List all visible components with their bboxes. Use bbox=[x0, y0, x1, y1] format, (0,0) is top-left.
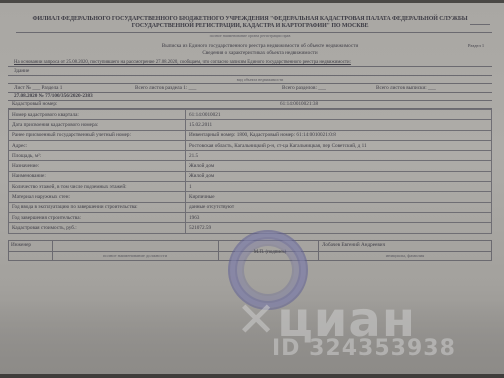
row-label: Материал наружных стен: bbox=[9, 192, 186, 202]
row-label: Номер кадастрового квартала: bbox=[9, 110, 186, 120]
row-label: Дата присвоения кадастрового номера: bbox=[9, 120, 186, 130]
divider bbox=[8, 83, 492, 84]
cadastral-number-value: 61:14:0010021:38 bbox=[280, 101, 318, 107]
table-row: Год ввода в эксплуатацию по завершении с… bbox=[9, 202, 492, 212]
row-value: Инвентарный номер: 1800, Кадастровый ном… bbox=[186, 130, 492, 140]
photo-bottom-edge bbox=[0, 374, 504, 378]
row-value: Жилой дом bbox=[186, 171, 492, 181]
cadastral-number-label: Кадастровый номер: bbox=[12, 101, 57, 107]
table-row: Наименование:Жилой дом bbox=[9, 171, 492, 181]
extract-subtitle: Сведения о характеристиках объекта недви… bbox=[150, 50, 370, 56]
table-row: Номер кадастрового квартала:61:14:001002… bbox=[9, 110, 492, 120]
row-label: Год ввода в эксплуатацию по завершении с… bbox=[9, 202, 186, 212]
signature-border bbox=[8, 240, 9, 260]
signature-border bbox=[52, 240, 53, 260]
row-value: Ростовская область, Кагальницкий р-н, ст… bbox=[186, 140, 492, 150]
row-label: Наименование: bbox=[9, 171, 186, 181]
position-caption: полное наименование должности bbox=[60, 253, 210, 258]
row-label: Год завершения строительства: bbox=[9, 212, 186, 222]
signature-border bbox=[218, 240, 219, 260]
org-name-line2: ГОСУДАРСТВЕННОЙ РЕГИСТРАЦИИ, КАДАСТРА И … bbox=[20, 23, 480, 29]
row-value: 61:14:0010021 bbox=[186, 110, 492, 120]
characteristics-table: Номер кадастрового квартала:61:14:001002… bbox=[8, 109, 492, 234]
position-value: Инженер bbox=[11, 242, 31, 248]
row-label: Площадь, м²: bbox=[9, 151, 186, 161]
total-sections: Всего разделов: ___ bbox=[282, 85, 326, 91]
table-row: Площадь, м²:21.5 bbox=[9, 151, 492, 161]
total-sheets-section: Всего листов раздела 1: ___ bbox=[135, 85, 196, 91]
table-row: Дата присвоения кадастрового номера:15.0… bbox=[9, 120, 492, 130]
date-and-number: 27.08.2020 № 77/100/356/2020-2383 bbox=[14, 93, 93, 99]
row-value: 1 bbox=[186, 182, 492, 192]
total-sheets-extract: Всего листов выписки: ___ bbox=[376, 85, 436, 91]
signature-border bbox=[318, 240, 319, 260]
row-value: данные отсутствуют bbox=[186, 202, 492, 212]
table-row: Кадастровая стоимость, руб.:521072.59 bbox=[9, 223, 492, 233]
table-row: Ранее присвоенный государственный учетны… bbox=[9, 130, 492, 140]
header-mark bbox=[470, 24, 490, 25]
object-type: Здание bbox=[14, 68, 29, 74]
table-row: Год завершения строительства:1963 bbox=[9, 212, 492, 222]
table-row: Количество этажей, в том числе подземных… bbox=[9, 182, 492, 192]
row-value: 21.5 bbox=[186, 151, 492, 161]
table-row: Материал наружных стен:Кирпичные bbox=[9, 192, 492, 202]
table-row: Назначение:Жилой дом bbox=[9, 161, 492, 171]
row-value: Кирпичные bbox=[186, 192, 492, 202]
signer-name: Лобачев Евгений Андреевич bbox=[322, 242, 385, 248]
row-label: Количество этажей, в том числе подземных… bbox=[9, 182, 186, 192]
cian-watermark-id: ID 32435393​8 bbox=[272, 338, 456, 360]
row-label: Ранее присвоенный государственный учетны… bbox=[9, 130, 186, 140]
row-value: 15.02.2011 bbox=[186, 120, 492, 130]
section-label: Раздел 1 bbox=[468, 43, 484, 48]
row-label: Назначение: bbox=[9, 161, 186, 171]
row-value: 521072.59 bbox=[186, 223, 492, 233]
request-text: На основании запроса от 25.08.2020, пост… bbox=[14, 60, 351, 65]
row-label: Адрес: bbox=[9, 140, 186, 150]
table-row: Адрес:Ростовская область, Кагальницкий р… bbox=[9, 140, 492, 150]
row-value: 1963 bbox=[186, 212, 492, 222]
signature-border bbox=[491, 240, 492, 260]
divider bbox=[8, 75, 492, 76]
object-caption: вид объекта недвижимости bbox=[200, 77, 320, 82]
row-value: Жилой дом bbox=[186, 161, 492, 171]
extract-title: Выписка из Единого государственного реес… bbox=[150, 43, 370, 49]
divider bbox=[8, 66, 492, 67]
org-name-line1: ФИЛИАЛ ФЕДЕРАЛЬНОГО ГОСУДАРСТВЕННОГО БЮД… bbox=[20, 16, 480, 22]
sheet-number: Лист № ___ Раздела 1 bbox=[14, 85, 62, 91]
org-caption: полное наименование органа регистрации п… bbox=[180, 33, 320, 38]
row-label: Кадастровая стоимость, руб.: bbox=[9, 223, 186, 233]
divider bbox=[8, 100, 492, 101]
signer-name-caption: инициалы, фамилия bbox=[330, 253, 480, 258]
